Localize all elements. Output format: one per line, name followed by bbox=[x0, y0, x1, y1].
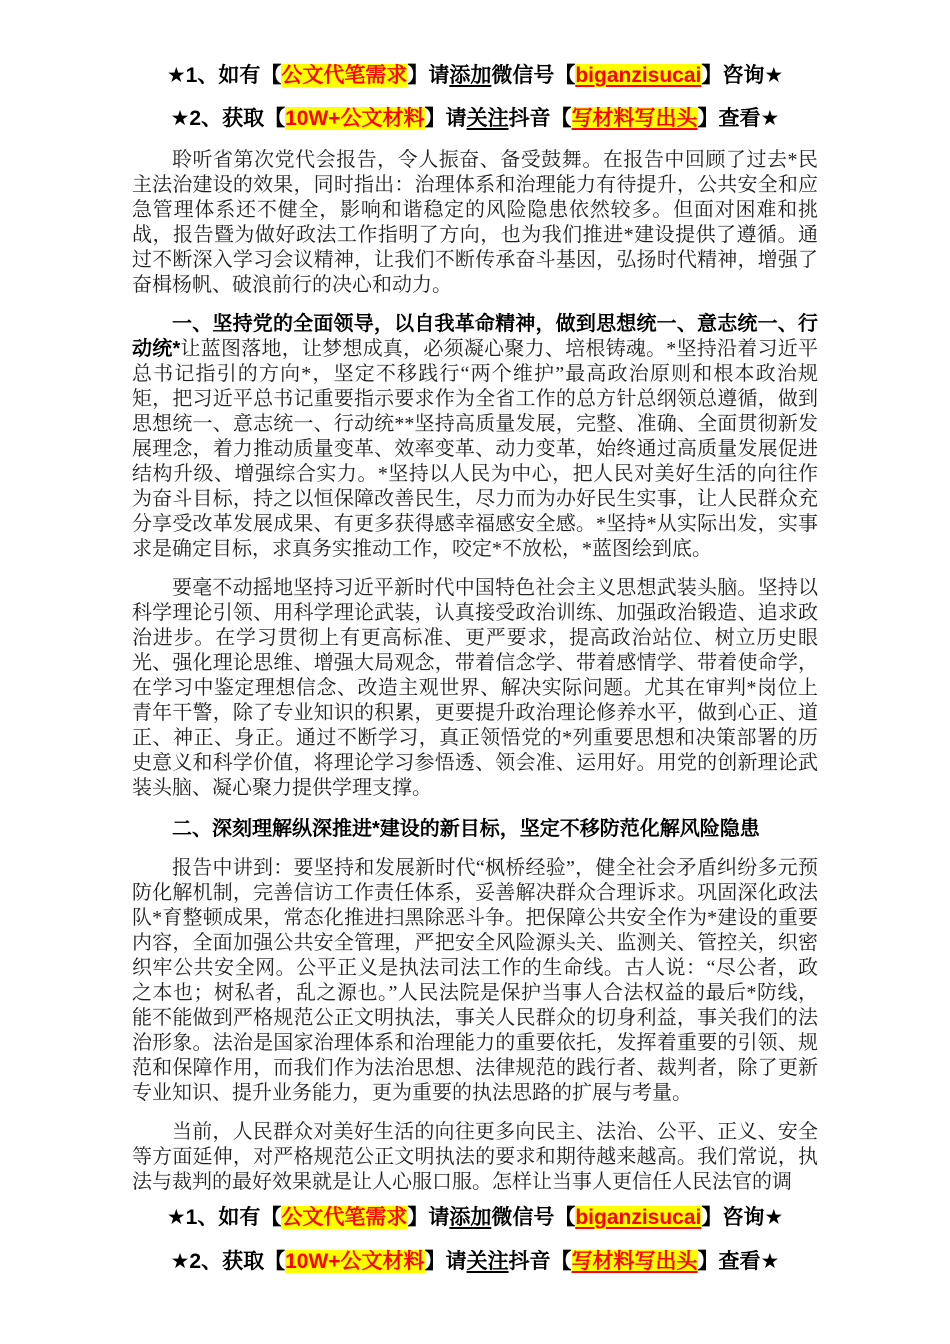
promo-text-segment: ★2、获取【 bbox=[171, 1250, 286, 1273]
promo-text-segment: 】咨询★ bbox=[701, 64, 783, 87]
promo-wechat-account: biganzisucai bbox=[575, 64, 701, 87]
promo-line-1: ★1、如有【公文代笔需求】请添加微信号【biganzisucai】咨询★ bbox=[132, 1204, 818, 1231]
promo-text-segment: 】查看★ bbox=[698, 1250, 780, 1273]
promo-highlight-keyword: 10W+公文材料 bbox=[285, 107, 424, 130]
promo-text-segment: 抖音【 bbox=[509, 1250, 572, 1273]
promo-text-segment: 微信号【 bbox=[491, 1206, 575, 1229]
promo-banner-bottom: ★1、如有【公文代笔需求】请添加微信号【biganzisucai】咨询★ ★2、… bbox=[132, 1204, 818, 1275]
promo-text-segment: ★1、如有【 bbox=[167, 64, 282, 87]
promo-underline-action: 关注 bbox=[467, 1250, 509, 1273]
promo-line-2: ★2、获取【10W+公文材料】请关注抖音【写材料写出头】查看★ bbox=[132, 1248, 818, 1275]
promo-underline-action: 添加 bbox=[449, 1206, 491, 1229]
promo-text-segment: ★2、获取【 bbox=[171, 107, 286, 130]
promo-text-segment: 】请 bbox=[425, 1250, 467, 1273]
paragraph-intro: 聆听省第次党代会报告，令人振奋、备受鼓舞。在报告中回顾了过去*民主法治建设的效果… bbox=[132, 148, 818, 298]
promo-underline-action: 关注 bbox=[467, 107, 509, 130]
promo-text-segment: 】请 bbox=[407, 1206, 449, 1229]
promo-text-segment: 】咨询★ bbox=[701, 1206, 783, 1229]
promo-banner-top: ★1、如有【公文代笔需求】请添加微信号【biganzisucai】咨询★ ★2、… bbox=[132, 62, 818, 132]
promo-highlight-keyword: 公文代笔需求 bbox=[281, 64, 407, 87]
promo-text-segment: 微信号【 bbox=[491, 64, 575, 87]
paragraph-current: 当前，人民群众对美好生活的向往更多向民主、法治、公平、正义、安全等方面延伸，对严… bbox=[132, 1120, 818, 1195]
promo-douyin-account: 写材料写出头 bbox=[572, 107, 698, 130]
document-page: ★1、如有【公文代笔需求】请添加微信号【biganzisucai】咨询★ ★2、… bbox=[0, 0, 950, 1344]
promo-line-1: ★1、如有【公文代笔需求】请添加微信号【biganzisucai】咨询★ bbox=[132, 62, 818, 89]
promo-text-segment: 】查看★ bbox=[698, 107, 780, 130]
paragraph-section-1-body: 让蓝图落地，让梦想成真，必须凝心聚力、培根铸魂。*坚持沿着习近平总书记指引的方向… bbox=[132, 338, 818, 560]
promo-text-segment: 】请 bbox=[425, 107, 467, 130]
promo-wechat-account: biganzisucai bbox=[575, 1206, 701, 1229]
promo-underline-action: 添加 bbox=[449, 64, 491, 87]
promo-text-segment: ★1、如有【 bbox=[167, 1206, 282, 1229]
promo-line-2: ★2、获取【10W+公文材料】请关注抖音【写材料写出头】查看★ bbox=[132, 105, 818, 132]
promo-douyin-account: 写材料写出头 bbox=[572, 1250, 698, 1273]
promo-highlight-keyword: 10W+公文材料 bbox=[285, 1250, 424, 1273]
promo-text-segment: 抖音【 bbox=[509, 107, 572, 130]
promo-text-segment: 】请 bbox=[407, 64, 449, 87]
paragraph-theory: 要毫不动摇地坚持习近平新时代中国特色社会主义思想武装头脑。坚持以科学理论引领、用… bbox=[132, 576, 818, 801]
paragraph-report: 报告中讲到：要坚持和发展新时代“枫桥经验”，健全社会矛盾纠纷多元预防化解机制，完… bbox=[132, 856, 818, 1106]
section-heading-2: 二、深刻理解纵深推进*建设的新目标，坚定不移防范化解风险隐患 bbox=[132, 817, 818, 842]
document-body: 聆听省第次党代会报告，令人振奋、备受鼓舞。在报告中回顾了过去*民主法治建设的效果… bbox=[132, 148, 818, 1195]
paragraph-section-1: 一、坚持党的全面领导，以自我革命精神，做到思想统一、意志统一、行动统*让蓝图落地… bbox=[132, 312, 818, 562]
promo-highlight-keyword: 公文代笔需求 bbox=[281, 1206, 407, 1229]
